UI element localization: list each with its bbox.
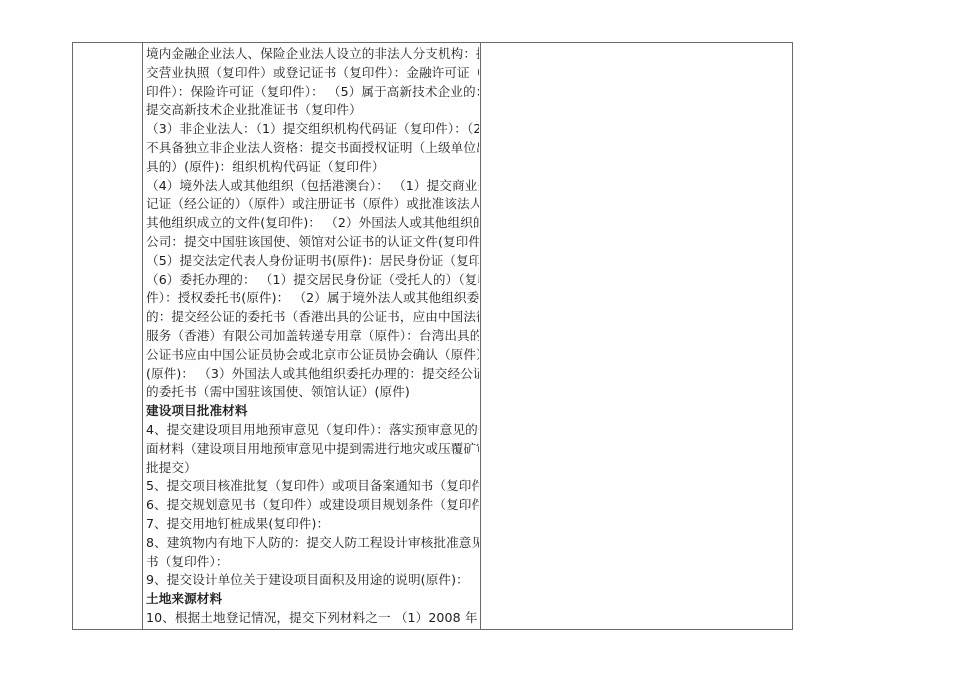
text-line: 面材料（建设项目用地预审意见中提到需进行地灾或压覆矿审 — [146, 440, 479, 459]
text-line: 公司：提交中国驻该国使、领馆对公证书的认证文件(复印件) — [146, 233, 479, 252]
column-divider-2 — [480, 43, 481, 629]
text-line: 具的）(原件)：组织机构代码证（复印件） — [146, 158, 479, 177]
text-line: 10、根据土地登记情况，提交下列材料之一 （1）2008 年 1 月 — [146, 609, 479, 628]
text-line: 6、提交规划意见书（复印件）或建设项目规划条件（复印件）： — [146, 496, 479, 515]
text-line: 8、建筑物内有地下人防的：提交人防工程设计审核批准意见 — [146, 534, 479, 553]
text-line: 交营业执照（复印件）或登记证书（复印件）：金融许可证（复 — [146, 64, 479, 83]
section-heading-land: 土地来源材料 — [146, 590, 479, 609]
text-line: 印件）：保险许可证（复印件）： （5）属于高新技术企业的： — [146, 83, 479, 102]
requirements-table: 境内金融企业法人、保险企业法人设立的非法人分支机构：提 交营业执照（复印件）或登… — [72, 42, 793, 630]
text-line: 提交高新技术企业批准证书（复印件） — [146, 101, 479, 120]
text-line: (原件)： （3）外国法人或其他组织委托办理的：提交经公证 — [146, 365, 479, 384]
text-line: （6）委托办理的： （1）提交居民身份证（受托人的）（复印 — [146, 271, 479, 290]
text-line: 4、提交建设项目用地预审意见（复印件）：落实预审意见的书 — [146, 421, 479, 440]
text-line: 批提交） — [146, 459, 479, 478]
text-line: 的委托书（需中国驻该国使、领馆认证）(原件) — [146, 383, 479, 402]
text-line: （4）境外法人或其他组织（包括港澳台）： （1）提交商业登 — [146, 177, 479, 196]
text-line: 5、提交项目核准批复（复印件）或项目备案通知书（复印件）： — [146, 477, 479, 496]
text-line: 书（复印件）： — [146, 553, 479, 572]
column-divider-1 — [142, 43, 143, 629]
scanned-page: 境内金融企业法人、保险企业法人设立的非法人分支机构：提 交营业执照（复印件）或登… — [0, 0, 963, 680]
text-line: 公证书应由中国公证员协会或北京市公证员协会确认（原件）） — [146, 346, 479, 365]
section-heading-construction: 建设项目批准材料 — [146, 402, 479, 421]
text-line: 9、提交设计单位关于建设项目面积及用途的说明(原件)： — [146, 571, 479, 590]
materials-cell: 境内金融企业法人、保险企业法人设立的非法人分支机构：提 交营业执照（复印件）或登… — [146, 45, 479, 629]
text-line: 7、提交用地钉桩成果(复印件)： — [146, 515, 479, 534]
text-line: （3）非企业法人：（1）提交组织机构代码证（复印件）：（2） — [146, 120, 479, 139]
text-line: 境内金融企业法人、保险企业法人设立的非法人分支机构：提 — [146, 45, 479, 64]
text-line: 其他组织成立的文件(复印件)： （2）外国法人或其他组织的 — [146, 214, 479, 233]
text-line: 的：提交经公证的委托书（香港出具的公证书，应由中国法律 — [146, 308, 479, 327]
text-line: 不具备独立非企业法人资格：提交书面授权证明（上级单位出 — [146, 139, 479, 158]
text-line: 记证（经公证的）（原件）或注册证书（原件）或批准该法人、 — [146, 195, 479, 214]
text-line: （5）提交法定代表人身份证明书(原件)：居民身份证（复印件） — [146, 252, 479, 271]
text-line: 1 日后取得《国有土地使用证》的：提交国有土地使用证（复 — [146, 628, 479, 629]
text-line: 服务（香港）有限公司加盖转递专用章（原件）：台湾出具的 — [146, 327, 479, 346]
text-line: 件）：授权委托书(原件)： （2）属于境外法人或其他组织委托 — [146, 289, 479, 308]
